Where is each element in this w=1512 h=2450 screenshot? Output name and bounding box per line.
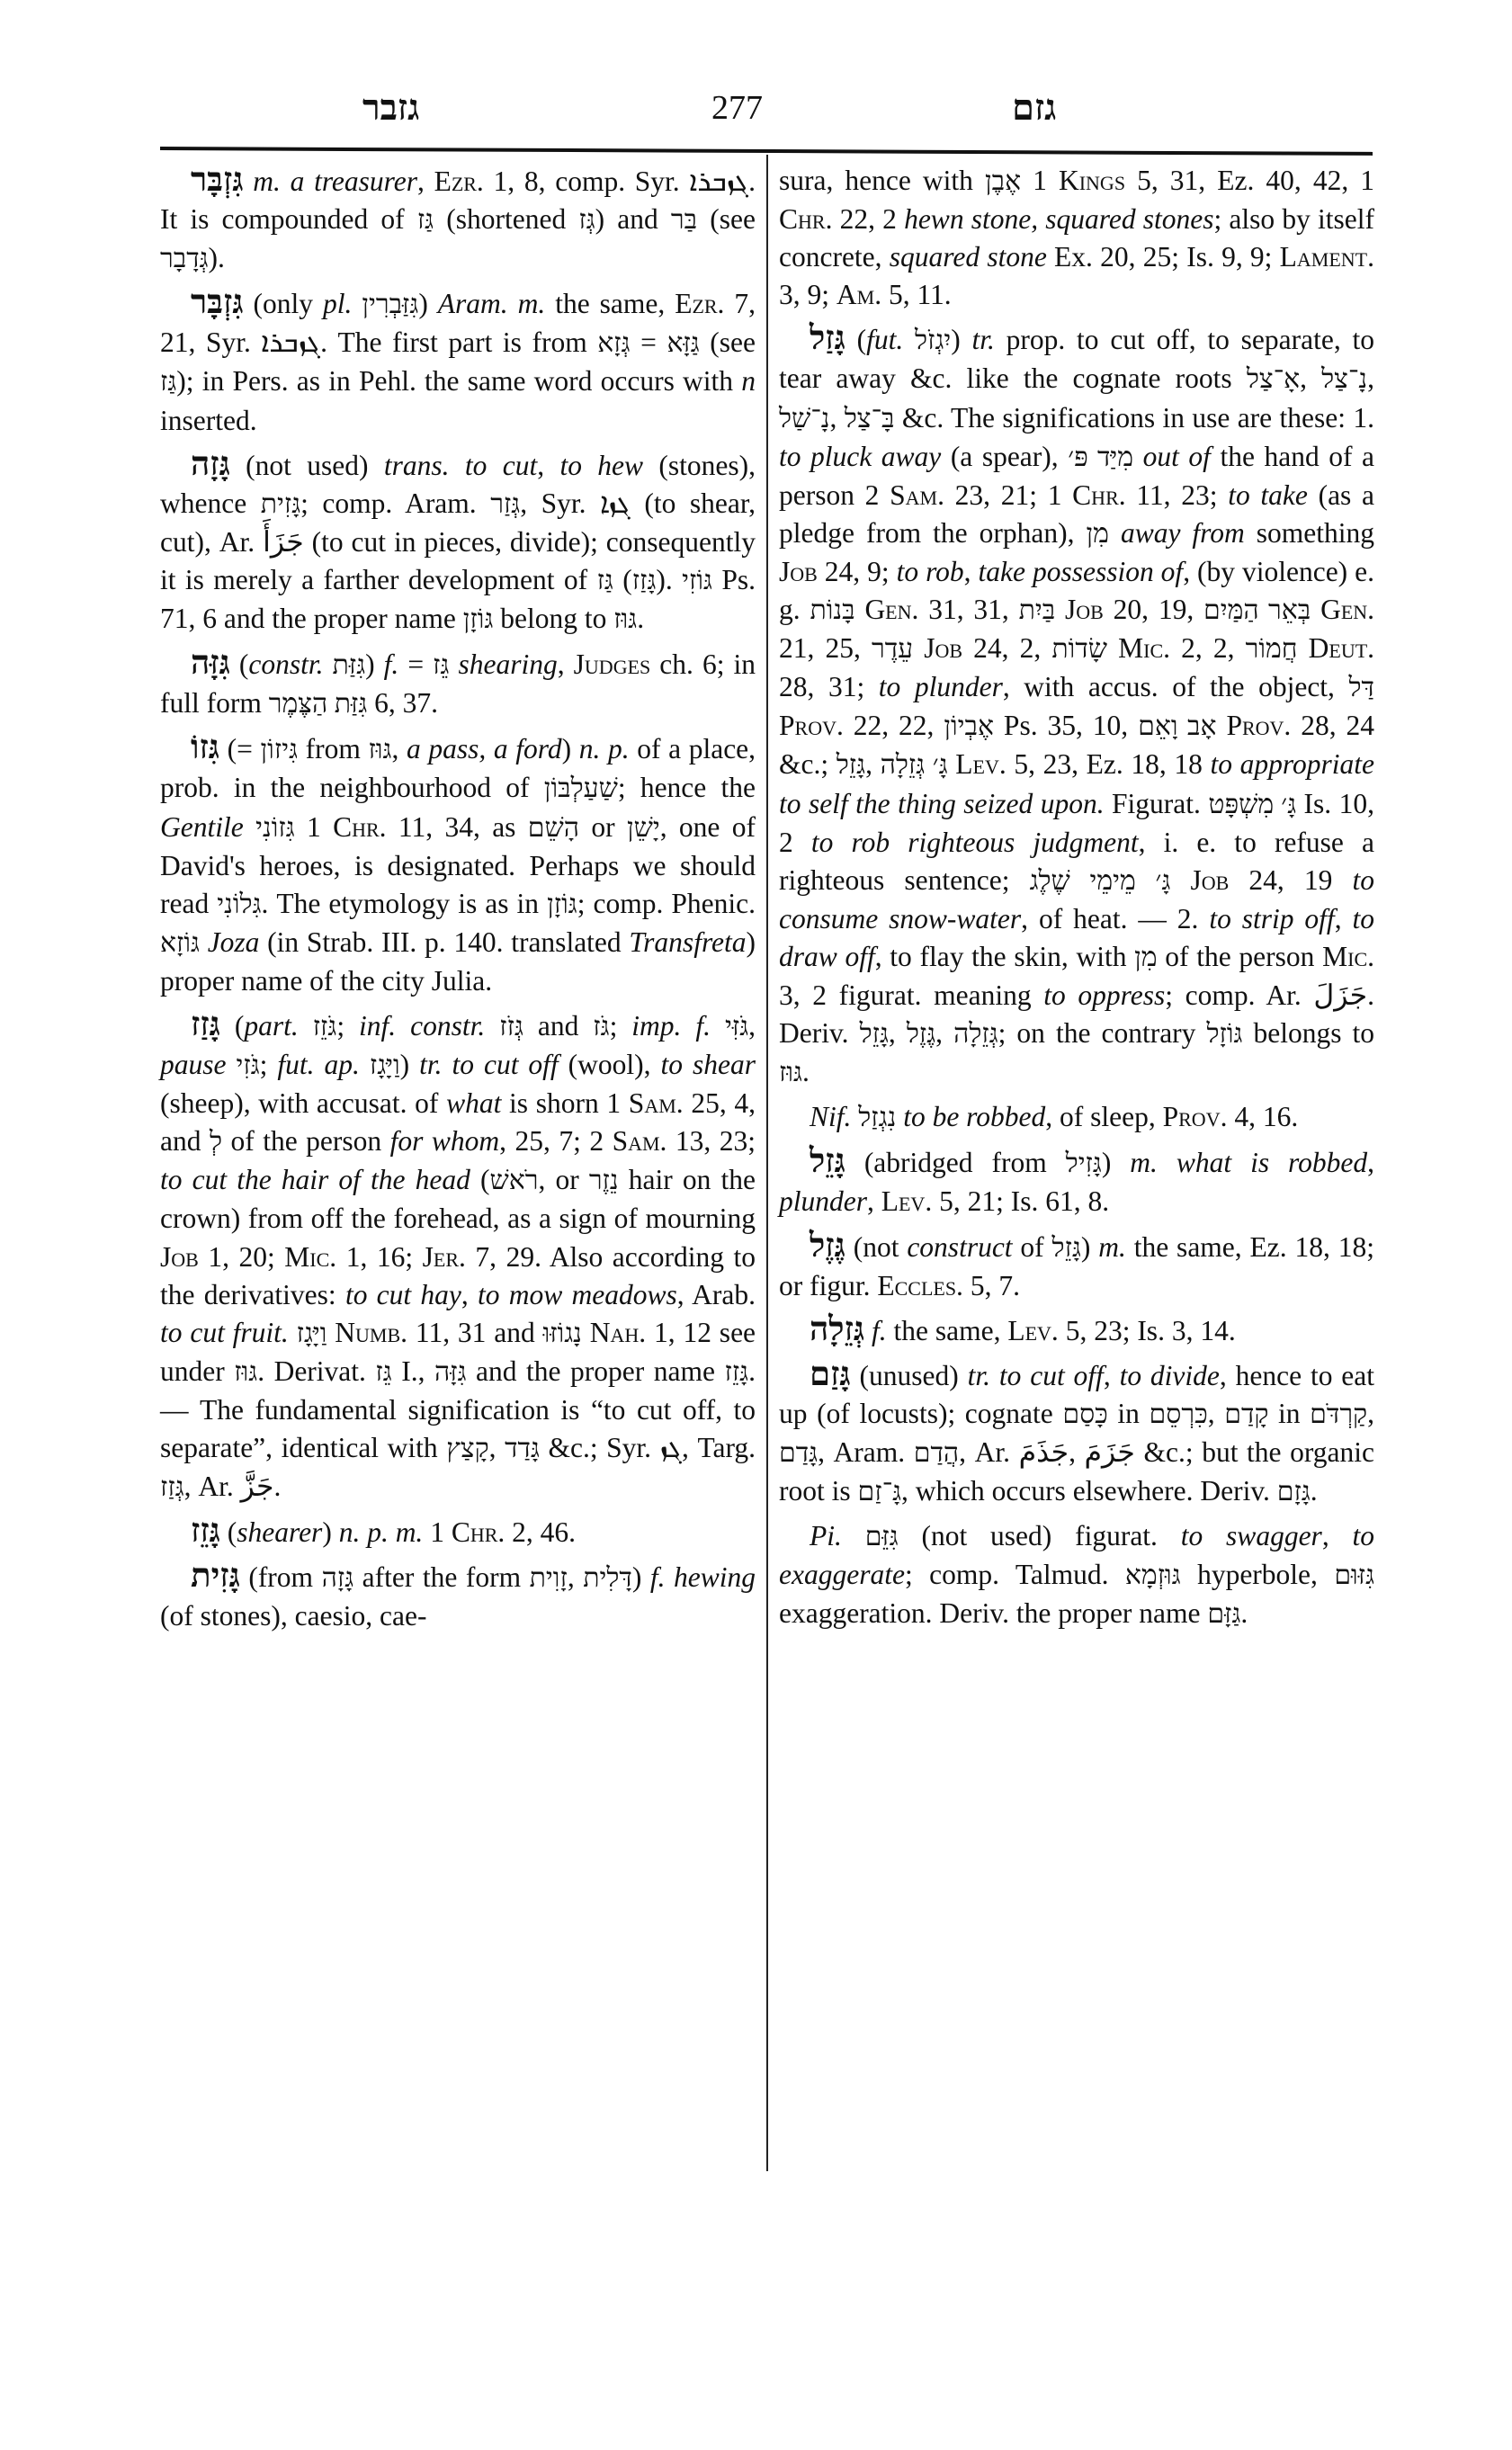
hebrew-form: גִּזּוּם [1334,1560,1374,1590]
book-reference: Lev. [955,748,1006,780]
entry-headword: גִּזָּה [191,645,230,682]
book-reference: Ezr. [434,165,484,197]
hebrew-form: גַּזָּם [1207,1599,1240,1629]
italic-gloss: f. hewing [650,1561,756,1593]
entry-headword: גָּזָה [191,446,230,483]
entry-text [485,1010,499,1042]
hebrew-form: גַּזָּא [667,328,699,358]
entry-text: , [1300,362,1321,394]
italic-gloss: trans. to cut [384,450,537,481]
italic-gloss: f. [872,1315,887,1346]
hebrew-form: גָּ׳ מִשְׁפָּט [1208,790,1296,819]
entry-text: 1, 16; [336,1241,422,1273]
italic-gloss: to cut fruit. [160,1317,289,1348]
book-reference: Kings [1059,165,1125,196]
book-reference: Nah. [590,1317,646,1348]
entry-text: , [568,1561,583,1593]
book-reference: Numb. [335,1317,407,1348]
book-reference: Prov. [779,710,844,741]
book-reference: Jer. [423,1241,466,1273]
dictionary-entry-gezelah: גְּזֵלָה f. the same, Lev. 5, 23; Is. 3,… [779,1311,1374,1350]
entry-text: , [537,450,559,481]
running-head-last-word: גזם [1012,86,1056,129]
entry-text: (in Strab. III. p. 140. translated [259,926,629,958]
italic-gloss: to plunder [879,671,1003,702]
entry-text: 24, 19 [1229,864,1352,896]
entry-text: , [1104,1360,1120,1391]
entry-text [327,1317,335,1348]
italic-gloss: squared stone [890,241,1047,273]
hebrew-form: בַּר [671,205,697,235]
entry-text: 5, 7. [963,1270,1020,1301]
book-reference: Mic. [1118,632,1170,664]
hebrew-form: גְּזָא [597,328,630,358]
hebrew-form: יִגְזֹל [915,326,951,355]
hebrew-form: גָּזַז [632,566,657,595]
italic-gloss: to swagger [1181,1520,1322,1551]
hebrew-form: גָּזֵל [837,750,865,780]
entry-text: 5, 23; Is. 3, 14. [1059,1315,1236,1346]
hebrew-form: גֹּזִּי [725,1012,748,1042]
entry-text: in [1268,1398,1310,1429]
entry-text: ; comp. Talmud. [905,1559,1125,1590]
hebrew-form: גָּזָם [1277,1477,1311,1507]
entry-text: 6, 37. [367,687,438,719]
entry-headword: גָּזַם [810,1356,851,1393]
book-reference: Gen. [1320,594,1374,625]
book-reference: Chr. [779,203,832,235]
entry-text: , [1367,1398,1374,1429]
entry-text: , with accus. of the object, [1003,671,1349,702]
dictionary-entry-gazah: גָּזָה (not used) trans. to cut, to hew … [160,446,756,639]
entry-text: ) [322,1516,338,1548]
hebrew-form: גּוֹזִי [682,566,712,595]
hebrew-form: גָּזֵל [1052,1233,1081,1263]
entry-text: ) [1102,1147,1130,1178]
entry-text [227,1049,237,1080]
entry-text: the same, [887,1315,1008,1346]
entry-text: = [631,326,667,358]
book-reference: Sam. [629,1087,684,1119]
hebrew-form: גָּזָה [322,1563,354,1593]
entry-text: ( [470,1164,490,1195]
italic-gloss: fut. ap. [277,1049,359,1080]
hebrew-form: גֹּזִי [236,1051,259,1080]
entry-text: 2, 2, [1170,632,1246,664]
entry-text: belongs to [1242,1017,1374,1049]
entry-text: , [889,1017,907,1049]
entry-headword: גִּזְבָּר [191,162,244,199]
entry-text [1217,710,1227,741]
entry-text: 13, 23; [667,1125,756,1157]
hebrew-form: גָּ׳ [933,750,948,780]
book-reference: Lev. [881,1185,932,1217]
dictionary-entry-gizbar-2: גִּזְבָּר (only pl. גִּזַּבְרִין) Aram. … [160,284,756,439]
dictionary-entry-gazel: גָּזֵל (abridged from גָּזִיל) m. what i… [779,1143,1374,1221]
italic-gloss: pause [160,1049,227,1080]
italic-gloss: plunder [779,1185,867,1217]
hebrew-form: נָגוֹזּוּ [543,1319,582,1348]
hebrew-form: גָּ׳ מֵימֵי שֶׁלֶג [1030,866,1171,896]
hebrew-form: יָשֵׁן [627,813,660,843]
entry-text: 31, 31, [918,594,1018,625]
hebrew-form: גִּלוֹנִי [217,890,261,919]
entry-text [903,324,915,355]
italic-gloss: to rob righteous judgment [811,827,1139,858]
hebrew-form: נָ־צַל [1321,364,1367,394]
italic-gloss: to be robbed [903,1101,1045,1132]
italic-gloss: to oppress [1043,979,1165,1011]
hebrew-form: גָּ־זַם [858,1477,901,1507]
hebrew-form: לְ [210,1127,222,1157]
hebrew-form: גִּזֵּם [865,1522,899,1551]
hebrew-form: גֹּז [593,1012,609,1042]
entry-text: (shortened [434,203,578,235]
italic-gloss: construct [907,1231,1012,1263]
italic-gloss: constr. [248,648,323,680]
hebrew-form: גּוּז [234,1357,257,1387]
hebrew-form: בַּיִת [1019,595,1056,625]
italic-gloss: Pi. [810,1520,842,1551]
hebrew-form: וַיָּגָז [370,1051,400,1080]
entry-text: I., [392,1355,434,1387]
italic-gloss: to hew [559,450,643,481]
entry-headword: גָּזַז [191,1006,220,1043]
hebrew-form: גָּדַם [779,1438,818,1468]
entry-text: (not [854,1231,908,1263]
entry-text: 2, 46. [505,1516,576,1548]
hebrew-form: גֵּז [375,1357,391,1387]
entry-text: (not used) figurat. [899,1520,1181,1551]
entry-text: of the person [222,1125,390,1157]
hebrew-form: גָּדַד [505,1434,540,1463]
hebrew-form: גְּזֵלָה [953,1019,998,1049]
entry-text: ; [260,1049,278,1080]
entry-text [842,1520,865,1551]
entry-text: , [1367,362,1374,394]
entry-text: 5, 11. [881,279,952,310]
book-reference: Eccles. [877,1270,963,1301]
hebrew-form: בָּ־צַל [845,404,895,434]
entry-text: after the form [353,1561,530,1593]
entry-text: (sheep), with accusat. of [160,1087,446,1119]
hebrew-form: רֹאשׁ [489,1166,538,1195]
entry-text: 1 [423,1516,452,1548]
hebrew-form: קָצַץ [446,1434,488,1463]
entry-text [244,811,255,843]
entry-text [1170,864,1190,896]
hebrew-form: בָּנוֹת [810,595,854,625]
dictionary-entry-gazit: גָּזִית (from גָּזָה after the form זָוִ… [160,1558,756,1635]
italic-gloss: shearer [237,1516,322,1548]
entry-text: 5, 23, Ez. 18, 18 [1007,748,1211,780]
book-reference: Gen. [864,594,918,625]
entry-text: (of stones), caesio, cae- [160,1600,426,1632]
hebrew-form: גִּיזוֹן [261,735,298,765]
entry-text: (unused) [860,1360,968,1391]
entry-text [582,1317,590,1348]
entry-text: in [1108,1398,1150,1429]
hebrew-form: עֵדֶר [872,634,913,664]
hebrew-form: מִן [1134,943,1157,972]
hebrew-form: גְּזֵלָה [881,750,926,780]
italic-gloss: m. [1098,1231,1126,1263]
entry-text: &c.; Syr. ܓܙ, Targ. [540,1432,756,1463]
book-reference: Mic. [1322,941,1374,972]
book-reference: Ezr. [675,288,724,319]
entry-text: ) [418,288,437,319]
entry-text: is shorn 1 [501,1087,628,1119]
italic-gloss: n. p. m. [339,1516,424,1548]
hebrew-form: מִן [1087,519,1109,549]
italic-gloss: take possession of [979,556,1184,587]
entry-text: , [558,648,574,680]
entry-text [855,594,865,625]
hebrew-form: אָב וָאֵם [1138,711,1216,741]
entry-text: . [1240,1597,1248,1629]
entry-text: something [1245,517,1374,549]
entry-text: . [802,1056,810,1087]
hebrew-form: גֵּז [433,650,449,680]
hebrew-form: קַרְדֹּם [1310,1399,1367,1429]
entry-text: . [1311,1475,1318,1507]
book-reference: Chr. [452,1516,505,1548]
hebrew-form: גּוֹזָא [160,928,200,958]
italic-gloss: Joza [208,926,260,958]
entry-text: . Derivat. [257,1355,375,1387]
entry-text: ( [857,324,867,355]
hebrew-form: גְּזַז [160,1472,184,1502]
book-reference: Am. [837,279,881,310]
hebrew-form: גּוֹזָן [547,890,577,919]
entry-text [1109,517,1121,549]
hebrew-form: כָּסַם [1062,1399,1107,1429]
entry-text: ) [365,648,384,680]
entry-text [324,648,333,680]
entry-text: ( [228,1516,237,1548]
hebrew-form: גַּז [417,205,434,235]
entry-text: , [1335,903,1353,934]
entry-text: (wool), [559,1049,661,1080]
hebrew-form: זָוִית [530,1563,568,1593]
entry-text: , Arab. [677,1279,756,1310]
entry-text: ) [632,1561,650,1593]
entry-text: , Ar. جَزَّ. [184,1471,282,1502]
hebrew-form: גֶּזֶל [907,1019,935,1049]
italic-gloss: part. [244,1010,298,1042]
entry-text: , of sleep, [1045,1101,1162,1132]
book-reference: Job [1065,594,1104,625]
entry-text: , [391,733,407,765]
entry-text: , [935,1017,953,1049]
italic-gloss: away from [1121,517,1245,549]
dictionary-entry-gazit-cont: sura, hence with אֶבֶן 1 Kings 5, 31, Ez… [779,162,1374,314]
entry-text [1055,594,1065,625]
book-reference: Job [924,632,962,664]
entry-text: 4, 16. [1227,1101,1298,1132]
hebrew-form: נִגְזַל [858,1103,896,1132]
italic-gloss: to take [1228,479,1308,511]
book-reference: Prov. [1163,1101,1228,1132]
entry-text: ) [1081,1231,1098,1263]
hebrew-form: נֵזֶר [589,1166,619,1195]
italic-gloss: what [446,1087,501,1119]
entry-text: and [523,1010,593,1042]
page-number: 277 [711,88,763,128]
hebrew-form: דַּל [1349,673,1374,702]
book-reference: Job [779,556,818,587]
book-reference: Lament. [1280,241,1374,273]
right-column: sura, hence with אֶבֶן 1 Kings 5, 31, Ez… [779,162,1374,1640]
italic-gloss: inf. constr. [359,1010,485,1042]
dictionary-entry-gizzah-1: גִּזָּה (constr. גִּזַּת) f. = גֵּז shea… [160,645,756,723]
book-reference: Job [1191,864,1230,896]
entry-text: inserted. [160,405,257,436]
column-divider [766,155,768,2171]
hebrew-form: אֶבְיוֹן [944,711,994,741]
entry-text: ; [336,1010,359,1042]
entry-text: 11, 23; [1126,479,1229,511]
entry-text: 1 [295,811,333,843]
entry-text: (= [228,733,261,765]
entry-text: (not used) [246,450,384,481]
entry-text: , of heat. — 2. [1021,903,1209,934]
entry-text: ) [400,1049,419,1080]
italic-gloss: to rob [897,556,964,587]
entry-headword: גָּזֵז [191,1513,220,1550]
entry-text: 21, 25, [779,632,872,664]
hebrew-form: גִּזַּת [333,650,366,680]
entry-text: 11, 34, as [387,811,528,843]
italic-gloss: tr. to cut off [968,1360,1104,1391]
book-reference: Sam. [613,1125,667,1157]
book-reference: Prov. [1226,710,1291,741]
entry-text: 22, 2 [832,203,904,235]
running-head: גזבר 277 גזם [157,86,1373,140]
italic-gloss: tr. to cut off [419,1049,559,1080]
entry-text: and the proper name [467,1355,725,1387]
entry-headword: גְּזֵלָה [810,1311,864,1348]
entry-text: , [1208,1398,1224,1429]
italic-gloss: tr. [971,324,994,355]
entry-text: 5, 31, Ez. 40, 42, 1 [1125,165,1374,196]
entry-text: 3, 9; [779,279,837,310]
hebrew-form: כִּרְסֵם [1150,1399,1208,1429]
entry-text [1311,594,1320,625]
hebrew-form: גּוּזְמָא [1125,1560,1181,1590]
entry-text: . The etymology is as in [261,888,547,919]
entry-text: 5, 21; Is. 61, 8. [932,1185,1109,1217]
book-reference: Chr. [1072,479,1125,511]
hebrew-form: גּוּז [613,604,637,634]
italic-gloss: Aram. m. [438,288,545,319]
entry-text: from [298,733,369,765]
entry-text: ; comp. Aram. [300,487,490,519]
book-reference: Deut. [1309,632,1374,664]
entry-text: the same, [545,288,675,319]
entry-text: Ex. 20, 25; Is. 9, 9; [1047,241,1280,273]
dictionary-entry-gizbar-1: גִּזְבָּר m. a treasurer, Ezr. 1, 8, com… [160,162,756,278]
entry-text: &c. The significations in use are these:… [894,402,1374,434]
entry-text: 24, 2, [962,632,1051,664]
hebrew-form: חֲמוֹר [1246,634,1298,664]
entry-text: ) [951,324,971,355]
italic-gloss: a pass, a ford [407,733,562,765]
italic-gloss: hewn stone, squared stones [904,203,1213,235]
entry-text: 24, 9; [818,556,897,587]
italic-gloss: to shear [661,1049,756,1080]
entry-text: 28, 31; [779,671,879,702]
italic-gloss: shearing [458,648,557,680]
entry-headword: גָּזֵל [810,1143,845,1180]
dictionary-page: גזבר 277 גזם גִּזְבָּר m. a treasurer, E… [0,0,1512,2450]
book-reference: Mic. [284,1241,336,1273]
hebrew-form: גִּזַּבְרִין [362,290,418,319]
entry-text: 22, 22, [844,710,944,741]
entry-text: , [461,1279,478,1310]
italic-gloss: to mow meadows [478,1279,677,1310]
hebrew-form: הָשֵׁם [528,813,579,843]
entry-text: (see [697,203,756,235]
book-reference: Chr. [333,811,386,843]
hebrew-form: גְּדָבָר [160,244,209,273]
italic-gloss: to cut the hair of the head [160,1164,470,1195]
entry-text [913,632,924,664]
entry-headword: גֶּזֶל [810,1228,845,1265]
entry-text: ; [610,1010,632,1042]
hebrew-form: גִּזָּה [434,1357,467,1387]
entry-text: (only [254,288,323,319]
entry-text: , which occurs elsewhere. Deriv. [901,1475,1277,1507]
book-reference: Job [160,1241,199,1273]
entry-text: 1 [1021,165,1059,196]
entry-headword: גִּזוֹ [191,729,219,766]
italic-gloss: n [741,365,756,397]
italic-gloss: out of [1143,441,1211,472]
entry-text: , or [538,1164,588,1195]
hebrew-form: גָּזִית [261,489,300,519]
entry-text: ( [235,1010,245,1042]
entry-text: ( [239,648,249,680]
entry-text: = [398,648,433,680]
entry-text: of [1013,1231,1052,1263]
entry-text: , [748,1010,756,1042]
entry-text: Ps. 35, 10, [994,710,1138,741]
hebrew-form: גִּזוֹנִי [255,813,295,843]
italic-gloss: fut. [866,324,903,355]
entry-text: , [1322,1520,1353,1551]
dictionary-entry-gazal: גָּזַל (fut. יִגְזֹל) tr. prop. to cut o… [779,320,1374,1092]
entry-text [200,926,208,958]
italic-gloss: pl. [323,288,352,319]
dictionary-entry-gazez: גָּזֵז (shearer) n. p. m. 1 Chr. 2, 46. [160,1513,756,1551]
entry-text: (a spear), [941,441,1068,472]
entry-text: , [867,1185,881,1217]
hebrew-form: קָדַם [1224,1399,1268,1429]
hebrew-form: גְּזַר [490,489,520,519]
entry-text: belong to [493,603,613,634]
hebrew-form: וַיָּגָז [297,1319,327,1348]
entry-text [449,648,458,680]
entry-text: ) and [595,203,671,235]
entry-text: or [579,811,627,843]
entry-text: ); in Pers. as in Pehl. the same word oc… [176,365,741,397]
entry-text: , [964,556,979,587]
italic-gloss: f. [384,648,399,680]
hebrew-form: גְּזֹז [499,1012,523,1042]
entry-text: , [830,402,845,434]
italic-gloss: to divide [1120,1360,1220,1391]
